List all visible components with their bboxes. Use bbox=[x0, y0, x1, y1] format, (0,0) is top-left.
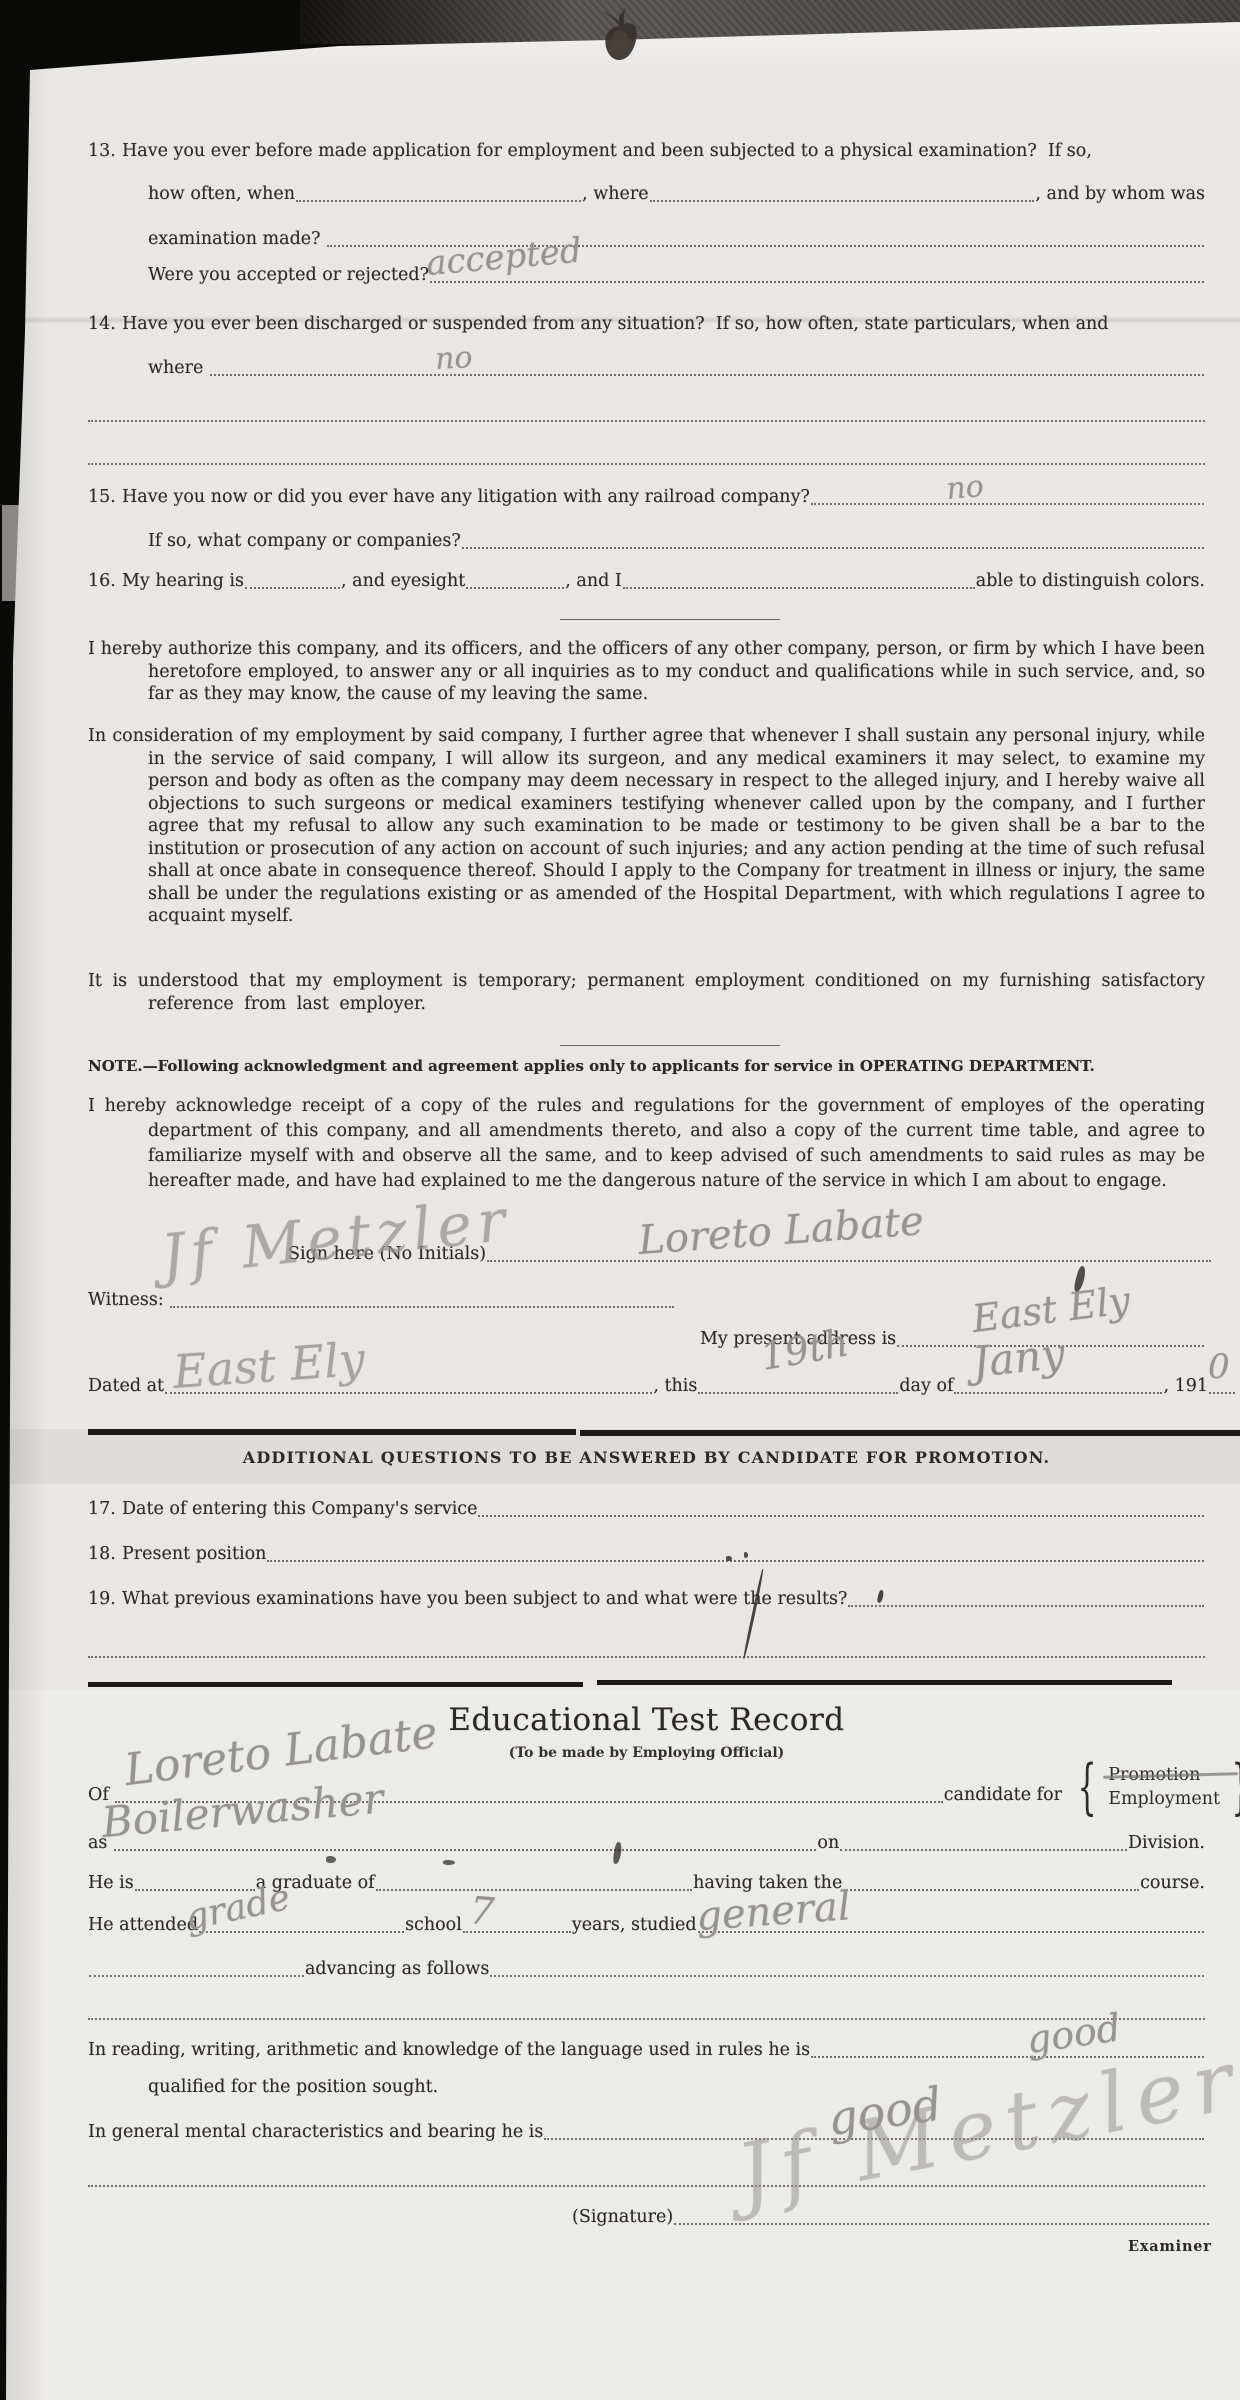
edu-rule-left bbox=[88, 1682, 583, 1687]
blank-dotted-rule bbox=[88, 2185, 1205, 2187]
q13-exam-label: examination made? bbox=[148, 227, 326, 251]
edu-advancing-line: advancing as follows bbox=[88, 1957, 1205, 1981]
blank-dotted-rule bbox=[88, 1656, 1205, 1658]
question-17-text: Date of entering this Company's service bbox=[122, 1497, 477, 1521]
q13-accepted-label: Were you accepted or rejected? bbox=[148, 263, 429, 287]
q16-eyesight-blank bbox=[466, 587, 564, 589]
open-brace: { bbox=[1078, 1757, 1097, 1817]
q19-blank bbox=[848, 1605, 1204, 1607]
this-label: , this bbox=[653, 1374, 697, 1398]
q16-colors-label: able to distinguish colors. bbox=[976, 569, 1205, 593]
ink-speck bbox=[744, 1552, 748, 1558]
handwritten-witness-signature: Jf Metzler bbox=[158, 1186, 515, 1290]
heavy-rule-right bbox=[580, 1430, 1240, 1436]
question-17-line: 17. Date of entering this Company's serv… bbox=[88, 1497, 1205, 1521]
consideration-paragraph: In consideration of my employment by sai… bbox=[88, 725, 1205, 928]
question-15-number: 15. bbox=[88, 485, 122, 509]
candidate-for-label: candidate for bbox=[944, 1783, 1062, 1807]
edu-rule-right bbox=[597, 1680, 1172, 1685]
q15-company-label: If so, what company or companies? bbox=[148, 529, 461, 553]
ink-blot bbox=[586, 4, 656, 84]
ink-streak bbox=[742, 1569, 764, 1660]
question-15-line2: If so, what company or companies? bbox=[148, 529, 1205, 553]
handwritten-years: 7 bbox=[468, 1888, 496, 1934]
question-19-number: 19. bbox=[88, 1587, 122, 1611]
q16-hearing-blank bbox=[245, 587, 340, 589]
edu-reading-label: In reading, writing, arithmetic and know… bbox=[88, 2038, 810, 2062]
month-blank bbox=[954, 1392, 1162, 1394]
operating-note: NOTE.—Following acknowledgment and agree… bbox=[88, 1057, 1205, 1075]
ink-speck bbox=[326, 1856, 336, 1863]
q13-where-blank bbox=[650, 200, 1035, 202]
q15-company-blank bbox=[462, 547, 1204, 549]
handwritten-month: Jany bbox=[970, 1329, 1067, 1387]
edu-school-label: school bbox=[405, 1913, 462, 1937]
question-14-line1: 14. Have you ever been discharged or sus… bbox=[88, 312, 1205, 336]
witness-line: Witness: bbox=[88, 1288, 675, 1312]
close-brace: } bbox=[1232, 1757, 1240, 1817]
ink-speck bbox=[443, 1860, 455, 1865]
edu-studied-label: years, studied bbox=[572, 1913, 697, 1937]
examiner-label: Examiner bbox=[1128, 2238, 1212, 2255]
question-18-line: 18. Present position bbox=[88, 1542, 1205, 1566]
question-13-line3: examination made? bbox=[148, 227, 1205, 251]
day-of-label: day of bbox=[899, 1374, 953, 1398]
blank-dotted-rule bbox=[88, 420, 1205, 422]
question-19-line: 19. What previous examinations have you … bbox=[88, 1587, 1205, 1611]
ink-speck bbox=[726, 1556, 732, 1561]
section-divider-rule bbox=[560, 619, 780, 620]
q14-where-blank bbox=[210, 374, 1204, 376]
q18-blank bbox=[267, 1560, 1204, 1562]
edu-on-label: on bbox=[817, 1831, 839, 1855]
candidate-choice: { Promotion Employment } bbox=[1068, 1757, 1240, 1817]
question-13-line2: how often, when , where , and by whom wa… bbox=[148, 182, 1205, 206]
year-blank bbox=[1209, 1392, 1235, 1394]
edu-as-blank bbox=[114, 1849, 816, 1851]
question-19-text: What previous examinations have you been… bbox=[122, 1587, 847, 1611]
document-page: 13. Have you ever before made applicatio… bbox=[0, 0, 1240, 2400]
edu-division-label: Division. bbox=[1128, 1831, 1205, 1855]
q13-when-label: how often, when bbox=[148, 182, 295, 206]
question-14-text: Have you ever been discharged or suspend… bbox=[122, 312, 1109, 336]
sign-here-blank bbox=[487, 1260, 1211, 1262]
acknowledge-paragraph: I hereby acknowledge receipt of a copy o… bbox=[88, 1094, 1205, 1194]
question-13-text: Have you ever before made application fo… bbox=[122, 139, 1092, 163]
witness-blank bbox=[170, 1306, 674, 1308]
edu-on-blank bbox=[840, 1849, 1127, 1851]
edu-course-label: course. bbox=[1140, 1871, 1205, 1895]
q16-able-blank bbox=[623, 587, 975, 589]
q16-hearing-label: My hearing is bbox=[122, 569, 244, 593]
note-text: NOTE.—Following acknowledgment and agree… bbox=[88, 1057, 860, 1075]
edu-course-blank bbox=[843, 1889, 1139, 1891]
authorize-paragraph: I hereby authorize this company, and its… bbox=[88, 638, 1205, 706]
year-prefix: , 191 bbox=[1163, 1374, 1208, 1398]
question-18-number: 18. bbox=[88, 1542, 122, 1566]
question-15-line1: 15. Have you now or did you ever have an… bbox=[88, 485, 1205, 509]
edu-he-is-label: He is bbox=[88, 1871, 134, 1895]
section-divider-rule bbox=[560, 1045, 780, 1046]
question-13-number: 13. bbox=[88, 139, 122, 163]
edu-advancing-blank-left bbox=[89, 1975, 304, 1977]
edu-attended-blank bbox=[199, 1931, 404, 1933]
edu-attended-label: He attended bbox=[88, 1913, 198, 1937]
promotion-option-struck: Promotion bbox=[1108, 1763, 1220, 1787]
q14-where-label: where bbox=[148, 356, 209, 380]
dated-at-label: Dated at bbox=[88, 1374, 164, 1398]
q13-when-blank bbox=[296, 200, 581, 202]
question-16-line: 16. My hearing is , and eyesight , and I… bbox=[88, 569, 1205, 593]
q13-bywhom-label: , and by whom was bbox=[1035, 182, 1205, 206]
witness-label: Witness: bbox=[88, 1288, 169, 1312]
question-18-text: Present position bbox=[122, 1542, 266, 1566]
question-15-text: Have you now or did you ever have any li… bbox=[122, 485, 810, 509]
question-16-number: 16. bbox=[88, 569, 122, 593]
handwritten-no-q15: no bbox=[945, 469, 985, 507]
handwritten-no-q14: no bbox=[434, 340, 473, 377]
handwritten-year-digit: 0 bbox=[1208, 1347, 1230, 1387]
question-14-number: 14. bbox=[88, 312, 122, 336]
signature-blank bbox=[674, 2223, 1209, 2225]
edu-mental-label: In general mental characteristics and be… bbox=[88, 2120, 543, 2144]
q16-and-i-label: , and I bbox=[565, 569, 622, 593]
signature-label: (Signature) bbox=[572, 2205, 673, 2229]
edu-advancing-blank-right bbox=[490, 1975, 1204, 1977]
question-13-line1: 13. Have you ever before made applicatio… bbox=[88, 139, 1205, 163]
edu-qualified-label: qualified for the position sought. bbox=[148, 2075, 438, 2099]
temporary-paragraph: It is understood that my employment is t… bbox=[88, 970, 1205, 1015]
edu-as-line: as on Division. bbox=[88, 1831, 1205, 1855]
note-department: OPERATING DEPARTMENT. bbox=[860, 1057, 1095, 1075]
day-blank bbox=[698, 1392, 898, 1394]
q13-accepted-blank bbox=[430, 281, 1204, 283]
question-13-line4: Were you accepted or rejected? bbox=[148, 263, 1205, 287]
edu-advancing-label: advancing as follows bbox=[305, 1957, 489, 1981]
q13-where-label: , where bbox=[582, 182, 648, 206]
q15-answer-blank bbox=[811, 503, 1204, 505]
heavy-rule-left bbox=[88, 1429, 576, 1435]
question-17-number: 17. bbox=[88, 1497, 122, 1521]
question-14-line2: where bbox=[148, 356, 1205, 380]
edu-graduate-blank bbox=[376, 1889, 693, 1891]
q17-blank bbox=[478, 1515, 1204, 1517]
additional-questions-heading: ADDITIONAL QUESTIONS TO BE ANSWERED BY C… bbox=[88, 1448, 1205, 1467]
blank-dotted-rule bbox=[88, 463, 1205, 465]
examiner-signature-line: (Signature) bbox=[572, 2205, 1210, 2229]
employment-option: Employment bbox=[1108, 1787, 1220, 1811]
q16-eyesight-label: , and eyesight bbox=[341, 569, 465, 593]
